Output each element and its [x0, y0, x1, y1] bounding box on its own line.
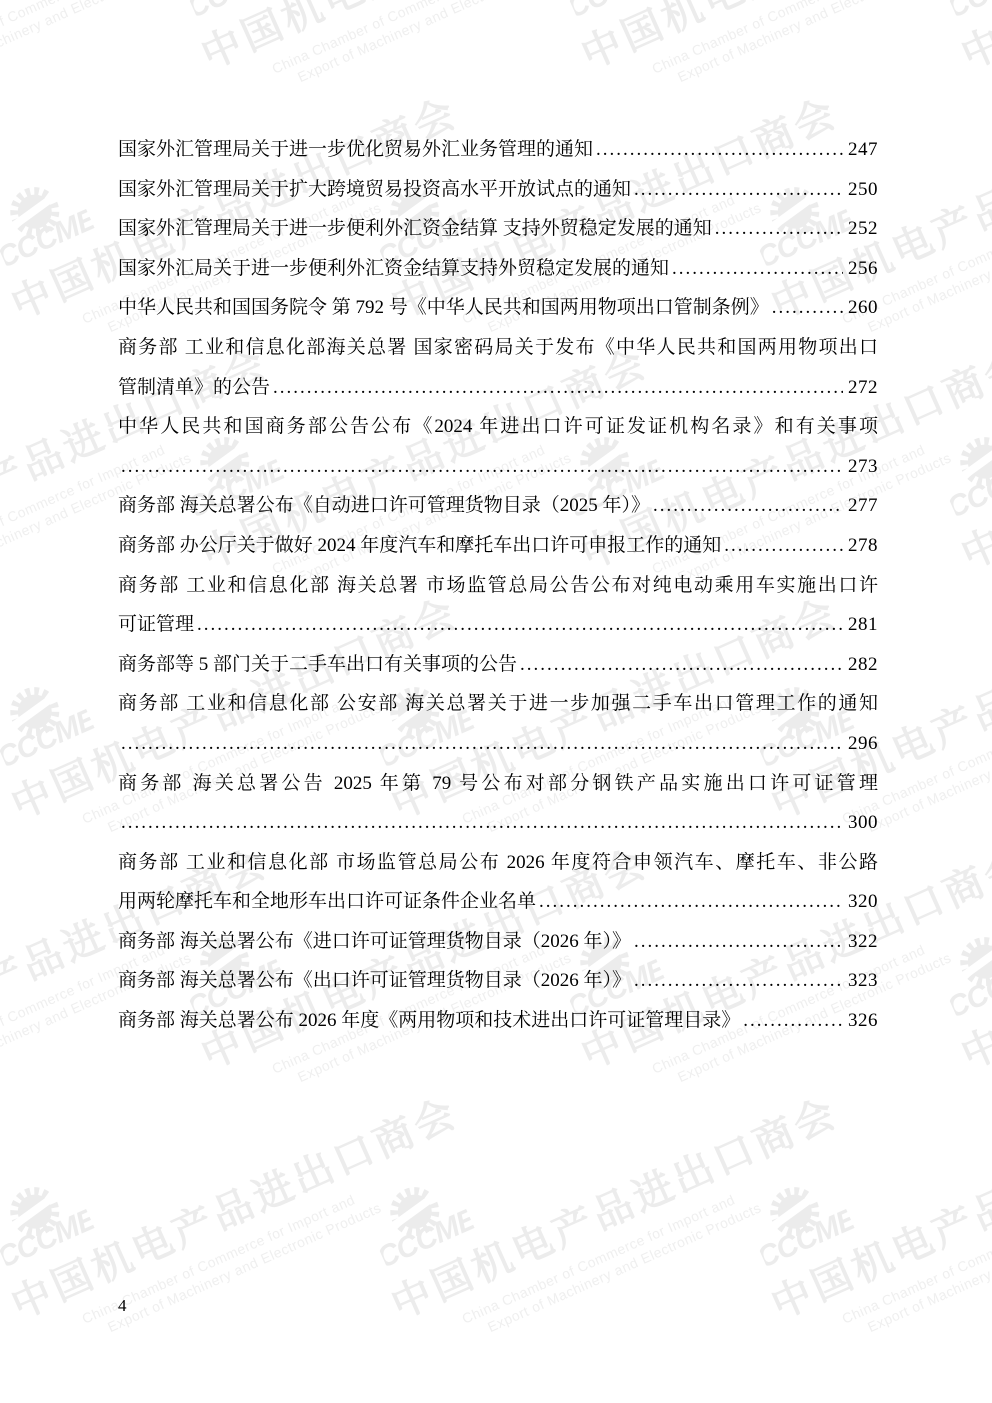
cccme-logo-text: CCCME — [0, 201, 97, 272]
watermark-chinese-text: 中国机电产品进出口商会 — [1, 1132, 353, 1330]
watermark-chinese-text: 中国机电产品进出口商会 — [951, 882, 992, 1080]
toc-entry-page-number: 281 — [848, 605, 878, 645]
toc-entry-title: 管制清单》的公告 — [118, 368, 270, 408]
cccme-gear-logo-icon: CCCME — [170, 0, 287, 22]
dot-leader — [634, 961, 843, 1001]
cccme-gear-logo-icon: CCCME — [0, 1167, 97, 1272]
watermark-english-line1: China Chamber of Commerce for Import and — [269, 0, 551, 77]
toc-entry-title: 国家外汇管理局关于进一步优化贸易外汇业务管理的通知 — [118, 130, 593, 170]
toc-entry-title: 商务部等 5 部门关于二手车出口有关事项的公告 — [118, 645, 517, 685]
toc-entry-page-number: 273 — [848, 447, 878, 487]
toc-entry-line: 273 — [118, 447, 878, 487]
toc-entry-title: 可证管理 — [118, 605, 194, 645]
watermark-english-line2: Export of Machinery and Electronic Produ… — [865, 706, 992, 835]
cccme-logo-text: CCCME — [562, 0, 667, 22]
dot-leader — [596, 130, 843, 170]
dot-leader — [672, 249, 843, 289]
toc-entry-page-number: 323 — [848, 961, 878, 1001]
dot-leader — [273, 368, 843, 408]
watermark-english-line2: Export of Machinery and Electronic Produ… — [105, 1206, 369, 1335]
toc-entry-page-number: 272 — [848, 368, 878, 408]
cccme-logo-text: CCCME — [182, 0, 287, 22]
cccme-gear-logo-icon: CCCME — [930, 0, 992, 22]
dot-leader — [724, 526, 843, 566]
watermark-chinese-text: 中国机电产品进出口商会 — [761, 1132, 992, 1330]
cccme-gear-logo-icon: CCCME — [930, 417, 992, 522]
toc-entry-line: 商务部 海关总署公布《自动进口许可管理货物目录（2025 年）》277 — [118, 486, 878, 526]
watermark-english-line1: China Chamber of Commerce for Import and — [0, 0, 172, 77]
table-of-contents: 国家外汇管理局关于进一步优化贸易外汇业务管理的通知247国家外汇管理局关于扩大跨… — [118, 130, 878, 1041]
toc-entry-title: 商务部 办公厅关于做好 2024 年度汽车和摩托车出口许可申报工作的通知 — [118, 526, 721, 566]
toc-entry-line: 商务部 工业和信息化部 公安部 海关总署关于进一步加强二手车出口管理工作的通知 — [118, 684, 878, 724]
toc-entry-line: 商务部 工业和信息化部 海关总署 市场监管总局公告公布对纯电动乘用车实施出口许 — [118, 566, 878, 606]
dot-leader — [634, 170, 843, 210]
toc-entry-title: 商务部 海关总署公布《出口许可证管理货物目录（2026 年）》 — [118, 961, 631, 1001]
toc-entry-line: 商务部 海关总署公告 2025 年第 79 号公布对部分钢铁产品实施出口许可证管… — [118, 764, 878, 804]
watermark-english-line1: China Chamber of Commerce for Import and — [649, 0, 931, 77]
cccme-gear-logo-icon: CCCME — [740, 1167, 857, 1272]
watermark-tile: CCCME 中国机电产品进出口商会 China Chamber of Comme… — [731, 1064, 992, 1367]
watermark-chinese-text: 中国机电产品进出口商会 — [381, 1132, 733, 1330]
dot-leader — [121, 803, 843, 843]
watermark-tile: CCCME 中国机电产品进出口商会 China Chamber of Comme… — [921, 0, 992, 117]
cccme-gear-logo-icon: CCCME — [0, 167, 97, 272]
cccme-logo-text: CCCME — [372, 1201, 477, 1272]
cccme-logo-text: CCCME — [0, 701, 97, 772]
toc-entry-title: 商务部 海关总署公布 2026 年度《两用物项和技术进出口许可证管理目录》 — [118, 1001, 740, 1041]
toc-entry-line: 商务部 工业和信息化部 市场监管总局公布 2026 年度符合申领汽车、摩托车、非… — [118, 843, 878, 883]
toc-entry-title: 用两轮摩托车和全地形车出口许可证条件企业名单 — [118, 882, 536, 922]
toc-entry-line: 商务部 海关总署公布《进口许可证管理货物目录（2026 年）》322 — [118, 922, 878, 962]
dot-leader — [634, 922, 843, 962]
watermark-chinese-text: 中国机电产品进出口商会 — [191, 0, 543, 80]
toc-entry-page-number: 282 — [848, 645, 878, 685]
toc-entry-line: 商务部等 5 部门关于二手车出口有关事项的公告282 — [118, 645, 878, 685]
toc-entry-line: 300 — [118, 803, 878, 843]
toc-entry-page-number: 300 — [848, 803, 878, 843]
watermark-chinese-text: 中国机电产品进出口商会 — [0, 0, 163, 80]
watermark-english-line2: Export of Machinery and Electronic Produ… — [865, 1206, 992, 1335]
dot-leader — [197, 605, 843, 645]
watermark-tile: CCCME 中国机电产品进出口商会 China Chamber of Comme… — [921, 814, 992, 1117]
toc-entry-line: 可证管理281 — [118, 605, 878, 645]
toc-entry-page-number: 260 — [848, 288, 878, 328]
watermark-english-line1: China Chamber of Commerce for Import and — [459, 1189, 741, 1326]
watermark-tile: CCCME 中国机电产品进出口商会 China Chamber of Comme… — [541, 0, 939, 117]
toc-entry-line: 管制清单》的公告272 — [118, 368, 878, 408]
toc-entry-line: 国家外汇管理局关于扩大跨境贸易投资高水平开放试点的通知250 — [118, 170, 878, 210]
dot-leader — [520, 645, 843, 685]
watermark-english-line2: Export of Machinery and Electronic Produ… — [485, 1206, 749, 1335]
cccme-gear-logo-icon: CCCME — [360, 1167, 477, 1272]
toc-entry-line: 国家外汇管理局关于进一步便利外汇资金结算 支持外贸稳定发展的通知252 — [118, 209, 878, 249]
toc-entry-page-number: 278 — [848, 526, 878, 566]
toc-entry-line: 296 — [118, 724, 878, 764]
toc-entry-page-number: 326 — [848, 1001, 878, 1041]
toc-entry-line: 商务部 海关总署公布 2026 年度《两用物项和技术进出口许可证管理目录》326 — [118, 1001, 878, 1041]
watermark-english-line2: Export of Machinery and Electronic Produ… — [675, 0, 939, 85]
toc-entry-title: 商务部 海关总署公布《进口许可证管理货物目录（2026 年）》 — [118, 922, 631, 962]
toc-entry-line: 中华人民共和国商务部公告公布《2024 年进出口许可证发证机构名录》和有关事项 — [118, 407, 878, 447]
dot-leader — [539, 882, 843, 922]
dot-leader — [743, 1001, 843, 1041]
toc-entry-line: 商务部 办公厅关于做好 2024 年度汽车和摩托车出口许可申报工作的通知278 — [118, 526, 878, 566]
watermark-chinese-text: 中国机电产品进出口商会 — [571, 0, 923, 80]
toc-entry-title: 中华人民共和国国务院令 第 792 号《中华人民共和国两用物项出口管制条例》 — [118, 288, 769, 328]
toc-entry-page-number: 277 — [848, 486, 878, 526]
toc-entry-page-number: 252 — [848, 209, 878, 249]
watermark-tile: CCCME 中国机电产品进出口商会 China Chamber of Comme… — [0, 0, 179, 117]
dot-leader — [772, 288, 843, 328]
cccme-gear-logo-icon: CCCME — [550, 0, 667, 22]
dot-leader — [715, 209, 843, 249]
cccme-gear-logo-icon: CCCME — [930, 917, 992, 1022]
toc-entry-page-number: 322 — [848, 922, 878, 962]
watermark-chinese-text: 中国机电产品进出口商会 — [951, 382, 992, 580]
watermark-tile: CCCME 中国机电产品进出口商会 China Chamber of Comme… — [351, 1064, 749, 1367]
cccme-gear-logo-icon: CCCME — [0, 667, 97, 772]
dot-leader — [121, 724, 843, 764]
toc-entry-line: 中华人民共和国国务院令 第 792 号《中华人民共和国两用物项出口管制条例》26… — [118, 288, 878, 328]
toc-entry-page-number: 296 — [848, 724, 878, 764]
cccme-logo-text: CCCME — [942, 0, 992, 22]
toc-entry-line: 商务部 海关总署公布《出口许可证管理货物目录（2026 年）》323 — [118, 961, 878, 1001]
toc-entry-title: 商务部 海关总署公布《自动进口许可管理货物目录（2025 年）》 — [118, 486, 650, 526]
watermark-english-line2: Export of Machinery and Electronic Produ… — [865, 206, 992, 335]
toc-entry-line: 国家外汇局关于进一步便利外汇资金结算支持外贸稳定发展的通知256 — [118, 249, 878, 289]
cccme-logo-text: CCCME — [752, 1201, 857, 1272]
watermark-chinese-text: 中国机电产品进出口商会 — [951, 0, 992, 80]
watermark-english-line1: China Chamber of Commerce for Import and — [839, 1189, 992, 1326]
toc-entry-line: 用两轮摩托车和全地形车出口许可证条件企业名单320 — [118, 882, 878, 922]
watermark-tile: CCCME 中国机电产品进出口商会 China Chamber of Comme… — [921, 314, 992, 617]
cccme-logo-text: CCCME — [942, 951, 992, 1022]
page-number: 4 — [118, 1296, 127, 1316]
cccme-logo-text: CCCME — [942, 451, 992, 522]
toc-entry-page-number: 256 — [848, 249, 878, 289]
watermark-english-line2: Export of Machinery and Electronic Produ… — [295, 0, 559, 85]
toc-entry-page-number: 320 — [848, 882, 878, 922]
toc-entry-line: 商务部 工业和信息化部海关总署 国家密码局关于发布《中华人民共和国两用物项出口 — [118, 328, 878, 368]
toc-entry-title: 国家外汇管理局关于扩大跨境贸易投资高水平开放试点的通知 — [118, 170, 631, 210]
watermark-tile: CCCME 中国机电产品进出口商会 China Chamber of Comme… — [0, 1064, 369, 1367]
cccme-logo-text: CCCME — [0, 1201, 97, 1272]
toc-entry-title: 国家外汇局关于进一步便利外汇资金结算支持外贸稳定发展的通知 — [118, 249, 669, 289]
watermark-english-line2: Export of Machinery and Electronic Produ… — [0, 0, 179, 85]
toc-entry-page-number: 247 — [848, 130, 878, 170]
dot-leader — [121, 447, 843, 487]
watermark-tile: CCCME 中国机电产品进出口商会 China Chamber of Comme… — [161, 0, 559, 117]
toc-entry-title: 国家外汇管理局关于进一步便利外汇资金结算 支持外贸稳定发展的通知 — [118, 209, 712, 249]
toc-entry-page-number: 250 — [848, 170, 878, 210]
dot-leader — [653, 486, 843, 526]
toc-entry-line: 国家外汇管理局关于进一步优化贸易外汇业务管理的通知247 — [118, 130, 878, 170]
